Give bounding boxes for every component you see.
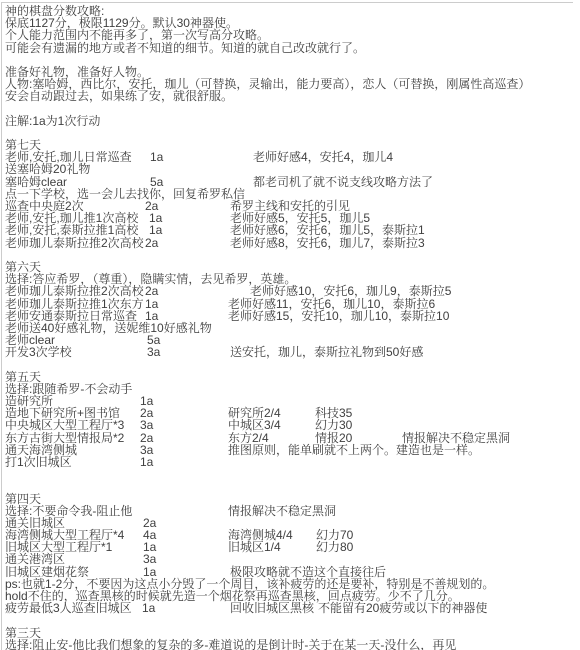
- action-result: 老师好感10，安托6，珈儿9，泰斯拉5: [250, 285, 451, 297]
- action-cost: 3a: [147, 346, 160, 358]
- action-result: 回收旧城区黑核: [230, 602, 314, 614]
- action-cost: 1a: [142, 602, 155, 614]
- guide-row: 东方古街大型情报局*2 2a 东方2/4 情报20 情报解决不稳定黑洞: [0, 432, 580, 444]
- blank-line: [0, 614, 580, 626]
- action-text: 疲劳最低3人巡查旧城区: [5, 602, 132, 614]
- action-text: 东方古街大型情报局*2: [5, 432, 124, 444]
- day-heading: 第三天: [0, 627, 580, 639]
- action-text: 老师珈儿泰斯拉推2次高校: [5, 237, 144, 249]
- action-cost: 3a: [143, 553, 156, 565]
- guide-document: 神的棋盘分数攻略: 保底1127分，极限1129分。默认30神器使。 个人能力范…: [0, 0, 580, 650]
- choice-line: 选择:阻止安-他比我们想象的复杂的多-难道说的是倒计时-关于在某一天-没什么，再…: [0, 639, 580, 650]
- action-text: 老师,安托,泰斯拉推1高校: [5, 224, 138, 236]
- action-cost: 1a: [145, 298, 158, 310]
- action-result: 中城区3/4: [228, 419, 281, 431]
- action-cost: 2a: [145, 237, 158, 249]
- guide-row: 打1次旧城区 1a: [0, 456, 580, 468]
- guide-row: 疲劳最低3人巡查旧城区 1a 回收旧城区黑核 不能留有20疲劳或以下的神器使: [0, 602, 580, 614]
- action-cost: 1a: [143, 566, 156, 578]
- action-text: 开发3次学校: [5, 346, 72, 358]
- guide-row: 旧城区大型工程厅*1 1a 旧城区1/4 幻力80: [0, 541, 580, 553]
- guide-text: 神的棋盘分数攻略: 保底1127分，极限1129分。默认30神器使。 个人能力范…: [0, 5, 580, 650]
- guide-row: 老师送40好感礼物，送妮维10好感礼物: [0, 322, 580, 334]
- guide-row: 老师珈儿泰斯拉推1次东方 1a 老师好感11，安托6，珈儿10，泰斯拉6: [0, 298, 580, 310]
- action-text: 通关港湾区: [5, 553, 65, 565]
- action-text: 塞哈姆clear: [5, 176, 67, 188]
- guide-row: 塞哈姆clear 5a 都老司机了就不说支线攻略方法了: [0, 176, 580, 188]
- action-text: 旧城区建烟花祭: [5, 566, 89, 578]
- action-cost: 5a: [150, 176, 163, 188]
- action-cost: 2a: [145, 285, 158, 297]
- action-cost: 1a: [149, 224, 162, 236]
- guide-row: 老师珈儿泰斯拉推2次高校 2a 老师好感10，安托6，珈儿9，泰斯拉5: [0, 285, 580, 297]
- choice-line: 选择:不要命令我-阻止他 情报解决不稳定黑洞: [0, 505, 580, 517]
- action-text: 打1次旧城区: [5, 456, 72, 468]
- blank-line: [0, 103, 580, 115]
- top-border: [1, 2, 573, 3]
- intro-line: 个人能力范围内不能再多了，第一次写高分攻略。: [0, 29, 580, 41]
- guide-row: 送塞哈姆20礼物: [0, 163, 580, 175]
- action-text: 老师珈儿泰斯拉推1次东方: [5, 298, 144, 310]
- blank-line: [0, 127, 580, 139]
- result-extra: 情报20: [315, 432, 352, 444]
- action-result: 老师好感4，安托4，珈儿4: [253, 151, 393, 163]
- prep-line: 安会自动跟过去，如果练了安，就很舒服。: [0, 90, 580, 102]
- action-result: 老师好感15，安托10，珈儿10，泰斯拉10: [228, 310, 449, 322]
- guide-row: 老师,安托,泰斯拉推1高校 1a 老师好感6，安托6，珈儿5，泰斯拉1: [0, 224, 580, 236]
- action-text: 送塞哈姆20礼物: [5, 163, 90, 175]
- guide-row: 通关港湾区 3a: [0, 553, 580, 565]
- action-cost: 1a: [150, 151, 163, 163]
- action-text: 中央城区大型工程厅*3: [5, 419, 124, 431]
- blank-line: [0, 480, 580, 492]
- note-line: 注解:1a为1次行动: [0, 115, 580, 127]
- action-result: 老师好感6，安托6，珈儿5，泰斯拉1: [230, 224, 425, 236]
- blank-line: [0, 249, 580, 261]
- action-result: 老师好感11，安托6，珈儿10，泰斯拉6: [228, 298, 435, 310]
- action-result: 极限攻略就不造这个直接往后: [230, 566, 386, 578]
- guide-row: 旧城区建烟花祭 1a 极限攻略就不造这个直接往后: [0, 566, 580, 578]
- action-cost: 1a: [140, 456, 153, 468]
- result-extra: 幻力30: [315, 419, 352, 431]
- intro-line: 可能会有遗漏的地方或者不知道的细节。知道的就自己改改就行了。: [0, 42, 580, 54]
- guide-row: 老师珈儿泰斯拉推2次高校 2a 老师好感8，安托6，珈儿7，泰斯拉3: [0, 237, 580, 249]
- action-cost: 3a: [140, 419, 153, 431]
- guide-row: 开发3次学校 3a 送安托，珈儿，泰斯拉礼物到50好感: [0, 346, 580, 358]
- day-heading: 第五天: [0, 371, 580, 383]
- action-result: 都老司机了就不说支线攻略方法了: [253, 176, 433, 188]
- result-extra: 不能留有20疲劳或以下的神器使: [318, 602, 487, 614]
- action-result: 送安托，珈儿，泰斯拉礼物到50好感: [230, 346, 423, 358]
- day-heading: 第四天: [0, 493, 580, 505]
- blank-line: [0, 468, 580, 480]
- guide-row: 中央城区大型工程厅*3 3a 中城区3/4 幻力30: [0, 419, 580, 431]
- action-text: 老师珈儿泰斯拉推2次高校: [5, 285, 144, 297]
- choice-line: 选择:跟随希罗-不会动手: [0, 383, 580, 395]
- action-result: 老师好感8，安托6，珈儿7，泰斯拉3: [230, 237, 425, 249]
- action-result: 推图原则，能单刷就不上两个。建造也是一样。: [228, 444, 480, 456]
- tip-text: 情报解决不稳定黑洞: [228, 505, 336, 517]
- action-result: 东方2/4: [228, 432, 269, 444]
- blank-line: [0, 358, 580, 370]
- guide-row: 通天海湾侧城 3a 推图原则，能单刷就不上两个。建造也是一样。: [0, 444, 580, 456]
- result-extra: 幻力80: [316, 541, 353, 553]
- action-cost: 2a: [140, 432, 153, 444]
- tip-text: 情报解决不稳定黑洞: [402, 432, 510, 444]
- action-result: 旧城区1/4: [228, 541, 281, 553]
